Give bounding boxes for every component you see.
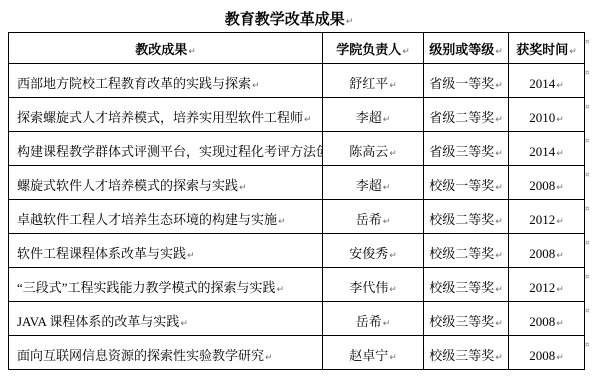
year-cell: 2012↵ <box>509 200 585 234</box>
row-end-markers: ¤ ¤ ¤ ¤ ¤ ¤ ¤ ¤ ¤ ¤ <box>585 32 592 369</box>
year-cell: 2014↵ <box>509 132 585 166</box>
paragraph-mark-icon: ↵ <box>495 319 503 329</box>
achievement-cell: 探索螺旋式人才培养模式，培养实用型软件工程师↵ <box>9 98 323 132</box>
paragraph-mark-icon: ↵ <box>569 47 577 57</box>
paragraph-mark-icon: ↵ <box>556 81 564 91</box>
level-cell: 省级二等奖↵ <box>424 98 509 132</box>
cell-text: 2008 <box>529 314 555 329</box>
level-cell: 校级三等奖↵ <box>424 336 509 370</box>
paragraph-mark-icon: ↵ <box>556 285 564 295</box>
paragraph-mark-icon: ↵ <box>556 217 564 227</box>
paragraph-mark-icon: ↵ <box>346 17 354 27</box>
paragraph-mark-icon: ↵ <box>556 183 564 193</box>
cell-text: 2012 <box>529 212 555 227</box>
paragraph-mark-icon: ↵ <box>389 81 397 91</box>
cell-text: 螺旋式软件人才培养模式的探索与实践 <box>17 178 238 193</box>
document-page: 教育教学改革成果↵ 教改成果↵ 学院负责人↵ 级别或等级↵ 获奖时间↵ 西部地方… <box>0 0 592 381</box>
cell-text: 2008 <box>529 348 555 363</box>
cell-text: 2010 <box>529 110 555 125</box>
cell-text: 软件工程课程体系改革与实践 <box>17 246 186 261</box>
level-cell: 省级一等奖↵ <box>424 64 509 98</box>
header-label: 级别或等级 <box>429 42 494 57</box>
paragraph-mark-icon: ↵ <box>556 353 564 363</box>
table-row: 螺旋式软件人才培养模式的探索与实践↵ 李超↵ 校级一等奖↵ 2008↵ <box>9 166 585 200</box>
cell-text: 省级一等奖 <box>429 76 494 91</box>
achievement-cell: 软件工程课程体系改革与实践↵ <box>9 234 323 268</box>
title-text: 教育教学改革成果 <box>225 12 345 28</box>
cell-text: 校级一等奖 <box>429 178 494 193</box>
level-cell: 省级三等奖↵ <box>424 132 509 166</box>
cell-text: 探索螺旋式人才培养模式，培养实用型软件工程师 <box>17 110 303 125</box>
leader-cell: 舒红平↵ <box>323 64 424 98</box>
cell-text: 岳希 <box>356 314 382 329</box>
cell-text: 面向互联网信息资源的探索性实验教学研究 <box>17 348 264 363</box>
leader-cell: 安俊秀↵ <box>323 234 424 268</box>
paragraph-mark-icon: ↵ <box>495 285 503 295</box>
paragraph-mark-icon: ↵ <box>304 115 312 125</box>
row-end-mark-icon: ¤ <box>585 335 592 369</box>
header-leader: 学院负责人↵ <box>323 33 424 64</box>
cell-text: 校级三等奖 <box>429 280 494 295</box>
table-row: “三段式”工程实践能力教学模式的探索与实践↵ 李代伟↵ 校级三等奖↵ 2012↵ <box>9 268 585 302</box>
paragraph-mark-icon: ↵ <box>495 217 503 227</box>
header-label: 教改成果 <box>135 42 187 57</box>
year-cell: 2008↵ <box>509 166 585 200</box>
table-row: 软件工程课程体系改革与实践↵ 安俊秀↵ 校级二等奖↵ 2008↵ <box>9 234 585 268</box>
level-cell: 校级二等奖↵ <box>424 234 509 268</box>
row-end-mark-icon: ¤ <box>585 165 592 199</box>
paragraph-mark-icon: ↵ <box>495 353 503 363</box>
row-end-mark-icon: ¤ <box>585 97 592 131</box>
paragraph-mark-icon: ↵ <box>277 285 285 295</box>
cell-text: 校级三等奖 <box>429 348 494 363</box>
paragraph-mark-icon: ↵ <box>495 251 503 261</box>
cell-text: 陈高云 <box>349 144 388 159</box>
level-cell: 校级三等奖↵ <box>424 302 509 336</box>
achievement-cell: 卓越软件工程人才培养生态环境的构建与实施↵ <box>9 200 323 234</box>
cell-text: 2014 <box>529 76 555 91</box>
table-row: 构建课程教学群体式评测平台，实现过程化考评方法创新↵ 陈高云↵ 省级三等奖↵ 2… <box>9 132 585 166</box>
cell-text: 校级二等奖 <box>429 246 494 261</box>
paragraph-mark-icon: ↵ <box>383 115 391 125</box>
cell-text: 舒红平 <box>349 76 388 91</box>
cell-text: 李代伟 <box>349 280 388 295</box>
level-cell: 校级三等奖↵ <box>424 268 509 302</box>
leader-cell: 陈高云↵ <box>323 132 424 166</box>
table-row: 面向互联网信息资源的探索性实验教学研究↵ 赵卓宁↵ 校级三等奖↵ 2008↵ <box>9 336 585 370</box>
achievement-cell: 面向互联网信息资源的探索性实验教学研究↵ <box>9 336 323 370</box>
paragraph-mark-icon: ↵ <box>495 47 503 57</box>
year-cell: 2008↵ <box>509 302 585 336</box>
paragraph-mark-icon: ↵ <box>252 81 260 91</box>
cell-text: 西部地方院校工程教育改革的实践与探索 <box>17 76 251 91</box>
paragraph-mark-icon: ↵ <box>495 149 503 159</box>
paragraph-mark-icon: ↵ <box>556 251 564 261</box>
cell-text: 2012 <box>529 280 555 295</box>
table-row: 探索螺旋式人才培养模式，培养实用型软件工程师↵ 李超↵ 省级二等奖↵ 2010↵ <box>9 98 585 132</box>
cell-text: 李超 <box>356 110 382 125</box>
paragraph-mark-icon: ↵ <box>187 251 195 261</box>
row-end-mark-icon: ¤ <box>585 301 592 335</box>
year-cell: 2012↵ <box>509 268 585 302</box>
cell-text: 校级三等奖 <box>429 314 494 329</box>
row-end-mark-icon: ¤ <box>585 233 592 267</box>
cell-text: 岳希 <box>356 212 382 227</box>
paragraph-mark-icon: ↵ <box>389 353 397 363</box>
leader-cell: 李超↵ <box>323 98 424 132</box>
results-table: 教改成果↵ 学院负责人↵ 级别或等级↵ 获奖时间↵ 西部地方院校工程教育改革的实… <box>8 32 585 370</box>
row-end-mark-icon: ¤ <box>585 32 592 63</box>
paragraph-mark-icon: ↵ <box>383 319 391 329</box>
cell-text: 2008 <box>529 178 555 193</box>
cell-text: 卓越软件工程人才培养生态环境的构建与实施 <box>17 212 277 227</box>
header-level: 级别或等级↵ <box>424 33 509 64</box>
level-cell: 校级一等奖↵ <box>424 166 509 200</box>
cell-text: “三段式”工程实践能力教学模式的探索与实践 <box>17 280 276 295</box>
paragraph-mark-icon: ↵ <box>495 115 503 125</box>
leader-cell: 李代伟↵ <box>323 268 424 302</box>
achievement-cell: “三段式”工程实践能力教学模式的探索与实践↵ <box>9 268 323 302</box>
header-label: 获奖时间 <box>516 42 568 57</box>
year-cell: 2014↵ <box>509 64 585 98</box>
year-cell: 2010↵ <box>509 98 585 132</box>
paragraph-mark-icon: ↵ <box>383 183 391 193</box>
paragraph-mark-icon: ↵ <box>188 47 196 57</box>
leader-cell: 岳希↵ <box>323 302 424 336</box>
paragraph-mark-icon: ↵ <box>389 149 397 159</box>
row-end-mark-icon: ¤ <box>585 267 592 301</box>
header-year: 获奖时间↵ <box>509 33 585 64</box>
year-cell: 2008↵ <box>509 336 585 370</box>
paragraph-mark-icon: ↵ <box>383 217 391 227</box>
leader-cell: 岳希↵ <box>323 200 424 234</box>
cell-text: 赵卓宁 <box>349 348 388 363</box>
paragraph-mark-icon: ↵ <box>265 353 273 363</box>
document-title: 教育教学改革成果↵ <box>0 11 578 32</box>
cell-text: JAVA 课程体系的改革与实践 <box>17 314 179 329</box>
achievement-cell: JAVA 课程体系的改革与实践↵ <box>9 302 323 336</box>
table-row: JAVA 课程体系的改革与实践↵ 岳希↵ 校级三等奖↵ 2008↵ <box>9 302 585 336</box>
paragraph-mark-icon: ↵ <box>278 217 286 227</box>
level-cell: 校级二等奖↵ <box>424 200 509 234</box>
paragraph-mark-icon: ↵ <box>495 81 503 91</box>
leader-cell: 赵卓宁↵ <box>323 336 424 370</box>
paragraph-mark-icon: ↵ <box>556 149 564 159</box>
cell-text: 省级二等奖 <box>429 110 494 125</box>
paragraph-mark-icon: ↵ <box>556 319 564 329</box>
cell-text: 省级三等奖 <box>429 144 494 159</box>
row-end-mark-icon: ¤ <box>585 131 592 165</box>
paragraph-mark-icon: ↵ <box>495 183 503 193</box>
year-cell: 2008↵ <box>509 234 585 268</box>
paragraph-mark-icon: ↵ <box>556 115 564 125</box>
table-row: 西部地方院校工程教育改革的实践与探索↵ 舒红平↵ 省级一等奖↵ 2014↵ <box>9 64 585 98</box>
achievement-cell: 西部地方院校工程教育改革的实践与探索↵ <box>9 64 323 98</box>
paragraph-mark-icon: ↵ <box>402 47 410 57</box>
cell-text: 校级二等奖 <box>429 212 494 227</box>
paragraph-mark-icon: ↵ <box>239 183 247 193</box>
table-header-row: 教改成果↵ 学院负责人↵ 级别或等级↵ 获奖时间↵ <box>9 33 585 64</box>
leader-cell: 李超↵ <box>323 166 424 200</box>
cell-text: 安俊秀 <box>349 246 388 261</box>
paragraph-mark-icon: ↵ <box>389 285 397 295</box>
cell-text: 2008 <box>529 246 555 261</box>
table-row: 卓越软件工程人才培养生态环境的构建与实施↵ 岳希↵ 校级二等奖↵ 2012↵ <box>9 200 585 234</box>
row-end-mark-icon: ¤ <box>585 63 592 97</box>
achievement-cell: 构建课程教学群体式评测平台，实现过程化考评方法创新↵ <box>9 132 323 166</box>
paragraph-mark-icon: ↵ <box>180 319 188 329</box>
cell-text: 李超 <box>356 178 382 193</box>
header-achievement: 教改成果↵ <box>9 33 323 64</box>
cell-text: 2014 <box>529 144 555 159</box>
achievement-cell: 螺旋式软件人才培养模式的探索与实践↵ <box>9 166 323 200</box>
header-label: 学院负责人 <box>336 42 401 57</box>
row-end-mark-icon: ¤ <box>585 199 592 233</box>
paragraph-mark-icon: ↵ <box>389 251 397 261</box>
cell-text: 构建课程教学群体式评测平台，实现过程化考评方法创新 <box>17 144 323 159</box>
